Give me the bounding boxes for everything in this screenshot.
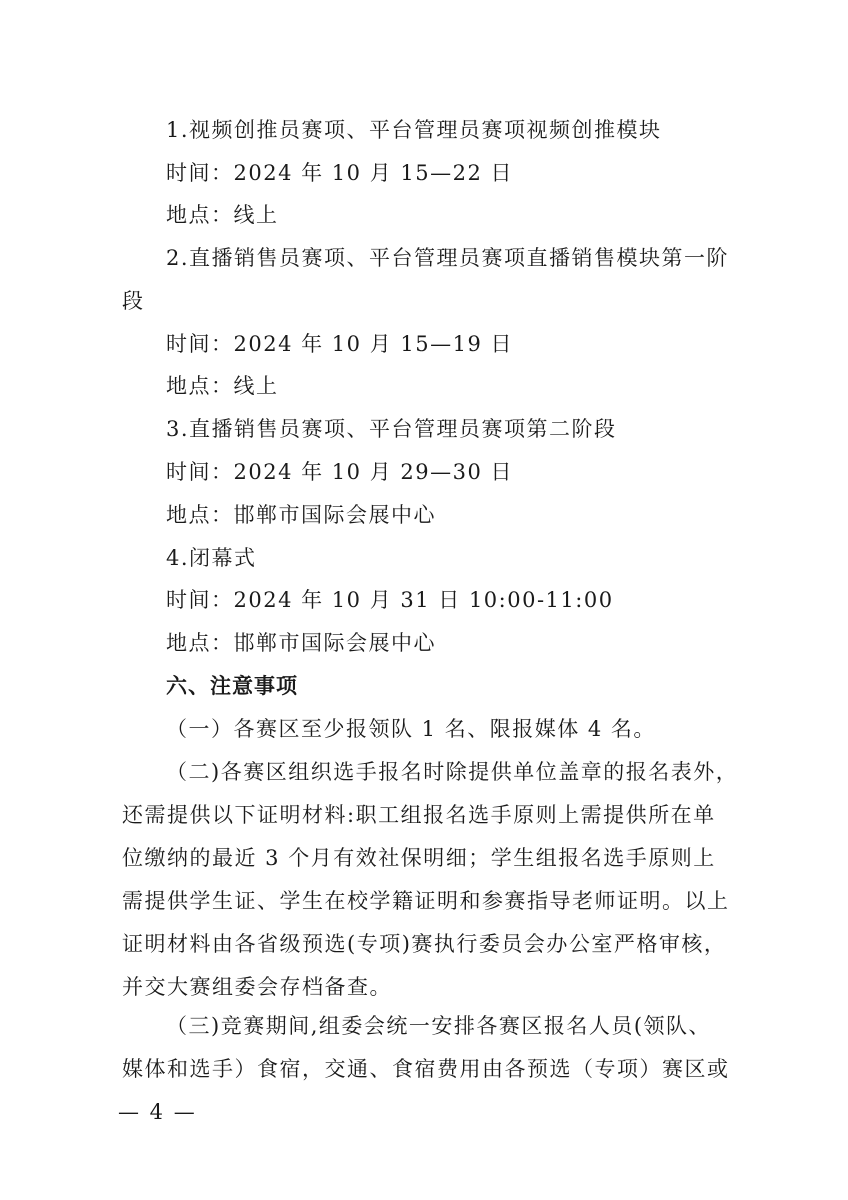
schedule-item-2-title: 2.直播销售员赛项、平台管理员赛项直播销售模块第一阶 xyxy=(166,246,729,270)
note-2-line: （二)各赛区组织选手报名时除提供单位盖章的报名表外， xyxy=(166,760,738,784)
schedule-item-1-title: 1.视频创推员赛项、平台管理员赛项视频创推模块 xyxy=(166,118,662,142)
schedule-item-1-time: 时间：2024 年 10 月 15—22 日 xyxy=(166,161,513,185)
note-3-line: 媒体和选手）食宿，交通、食宿费用由各预选（专项）赛区或 xyxy=(122,1057,730,1081)
note-1: （一）各赛区至少报领队 1 名、限报媒体 4 名。 xyxy=(166,717,656,741)
note-2-line: 位缴纳的最近 3 个月有效社保明细；学生组报名选手原则上 xyxy=(122,846,716,870)
note-2-line: 证明材料由各省级预选(专项)赛执行委员会办公室严格审核， xyxy=(122,932,726,956)
schedule-item-3-place: 地点：邯郸市国际会展中心 xyxy=(166,503,436,527)
schedule-item-2-title-cont: 段 xyxy=(122,289,145,313)
schedule-item-3-time: 时间：2024 年 10 月 29—30 日 xyxy=(166,460,513,484)
note-2-line: 需提供学生证、学生在校学籍证明和参赛指导老师证明。以上 xyxy=(122,889,730,913)
schedule-item-4-place: 地点：邯郸市国际会展中心 xyxy=(166,631,436,655)
note-2-line: 还需提供以下证明材料:职工组报名选手原则上需提供所在单 xyxy=(122,803,716,827)
schedule-item-3-title: 3.直播销售员赛项、平台管理员赛项第二阶段 xyxy=(166,417,617,441)
schedule-item-4-time: 时间：2024 年 10 月 31 日 10:00-11:00 xyxy=(166,588,614,612)
note-3-line: （三)竞赛期间,组委会统一安排各赛区报名人员(领队、 xyxy=(166,1014,711,1038)
schedule-item-2-place: 地点：线上 xyxy=(166,374,279,398)
page-number: — 4 — xyxy=(118,1100,197,1124)
schedule-item-2-time: 时间：2024 年 10 月 15—19 日 xyxy=(166,332,513,356)
section-heading: 六、注意事项 xyxy=(166,674,298,698)
schedule-item-1-place: 地点：线上 xyxy=(166,203,279,227)
schedule-item-4-title: 4.闭幕式 xyxy=(166,546,257,570)
note-2-line: 并交大赛组委会存档备查。 xyxy=(122,975,392,999)
